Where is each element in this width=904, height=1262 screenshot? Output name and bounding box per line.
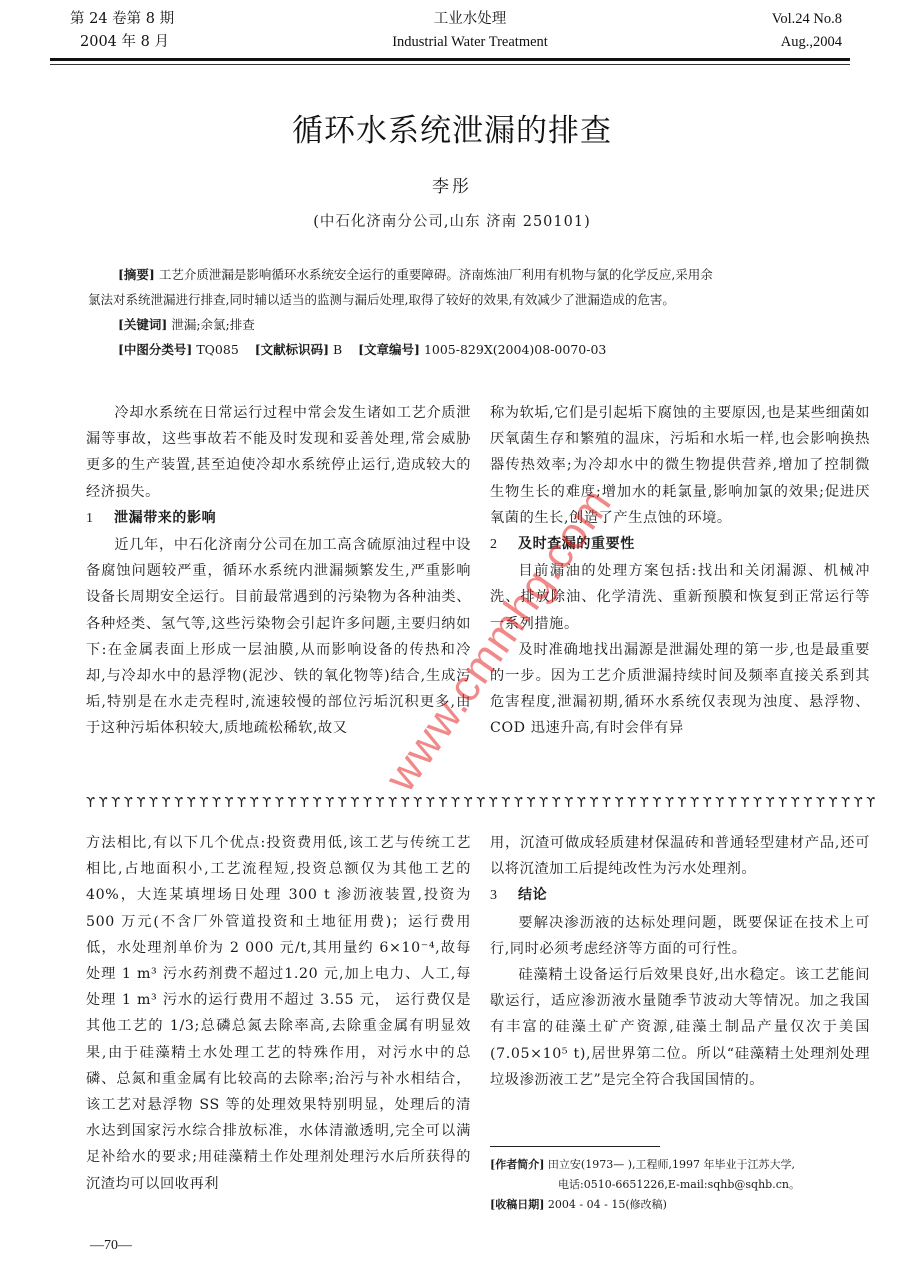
abstract-text-1: 工艺介质泄漏是影响循环水系统安全运行的重要障碍。济南炼油厂利用有机物与氯的化学反… [159,267,713,282]
volume-issue: 第 24 卷第 8 期 [70,8,230,31]
paragraph: 目前漏油的处理方案包括:找出和关闭漏源、机械冲洗、排放除油、化学清洗、重新预膜和… [490,558,870,637]
journal-name-en: Industrial Water Treatment [300,31,640,54]
section-heading-3: 3结论 [490,882,870,909]
paragraph: 用，沉渣可做成轻质建材保温砖和普通轻型建材产品,还可以将沉渣加工后提纯改性为污水… [490,830,870,882]
author-contact: 电话:0510-6651226,E-mail:sqhb@sqhb.cn。 [490,1175,880,1195]
received-date-label: [收稿日期] [490,1198,544,1211]
keywords-line: [关键词] 泄漏;余氯;排查 [118,312,838,337]
journal-name-cn: 工业水处理 [300,8,640,31]
abstract-text-2: 氯法对系统泄漏进行排查,同时辅以适当的监测与漏后处理,取得了较好的效果,有效减少… [88,292,675,307]
doc-code-value: B [333,342,342,357]
section-title: 结论 [518,887,547,903]
article-author: 李彤 [0,172,904,197]
paragraph: 及时准确地找出漏源是泄漏处理的第一步,也是最重要的一步。因为工艺介质泄漏持续时间… [490,637,870,742]
page-number: —70— [90,1238,132,1254]
abstract-line-1: [摘要] 工艺介质泄漏是影响循环水系统安全运行的重要障碍。济南炼油厂利用有机物与… [118,262,838,287]
running-header-left: 第 24 卷第 8 期 2004 年 8 月 [70,8,230,54]
keywords-label: [关键词] [118,317,167,332]
section-title: 泄漏带来的影响 [114,510,216,526]
author-bio: [作者简介] 田立安(1973— ),工程师,1997 年毕业于江苏大学, [490,1155,880,1175]
abstract-block: [摘要] 工艺介质泄漏是影响循环水系统安全运行的重要障碍。济南炼油厂利用有机物与… [118,262,838,362]
running-header-center: 工业水处理 Industrial Water Treatment [300,8,640,54]
classification-line: [中图分类号] TQ085 [文献标识码] B [文章编号] 1005-829X… [118,337,838,362]
paragraph: 方法相比,有以下几个优点:投资费用低,该工艺与传统工艺相比,占地面积小,工艺流程… [86,830,471,1197]
author-affiliation: (中石化济南分公司,山东 济南 250101) [0,210,904,231]
abstract-line-2: 氯法对系统泄漏进行排查,同时辅以适当的监测与漏后处理,取得了较好的效果,有效减少… [88,287,838,312]
article-no-label: [文章编号] [358,342,420,357]
lower-left-column: 方法相比,有以下几个优点:投资费用低,该工艺与传统工艺相比,占地面积小,工艺流程… [86,830,471,1197]
section-number: 3 [490,883,518,909]
clc-label: [中图分类号] [118,342,192,357]
keywords-text: 泄漏;余氯;排查 [171,317,254,332]
received-date: [收稿日期] 2004 - 04 - 15(修改稿) [490,1195,880,1215]
received-date-value: 2004 - 04 - 15(修改稿) [548,1198,667,1211]
issue-date: 2004 年 8 月 [70,31,230,54]
header-rule-thin [50,64,850,65]
footnote-block: [作者简介] 田立安(1973— ),工程师,1997 年毕业于江苏大学, 电话… [490,1155,880,1215]
paragraph: 硅藻精土设备运行后效果良好,出水稳定。该工艺能间歇运行，适应渗沥液水量随季节波动… [490,962,870,1093]
paragraph: 要解决渗沥液的达标处理问题，既要保证在技术上可行,同时必须考虑经济等方面的可行性… [490,910,870,962]
upper-left-column: 冷却水系统在日常运行过程中常会发生诸如工艺介质泄漏等事故，这些事故若不能及时发现… [86,400,471,742]
author-bio-text: 田立安(1973— ),工程师,1997 年毕业于江苏大学, [548,1158,795,1171]
abstract-label: [摘要] [118,267,155,282]
author-bio-label: [作者简介] [490,1158,544,1171]
volume-issue-en: Vol.24 No.8 [682,8,842,31]
running-header-right: Vol.24 No.8 Aug.,2004 [682,8,842,54]
paragraph: 冷却水系统在日常运行过程中常会发生诸如工艺介质泄漏等事故，这些事故若不能及时发现… [86,400,471,505]
doc-code-label: [文献标识码] [255,342,329,357]
header-rule-thick [50,58,850,61]
section-number: 1 [86,506,114,532]
footnote-rule [490,1146,660,1147]
section-number: 2 [490,532,518,558]
section-title: 及时查漏的重要性 [518,536,635,552]
lower-right-column: 用，沉渣可做成轻质建材保温砖和普通轻型建材产品,还可以将沉渣加工后提纯改性为污水… [490,830,870,1093]
upper-right-column: 称为软垢,它们是引起垢下腐蚀的主要原因,也是某些细菌如厌氧菌生存和繁殖的温床，污… [490,400,870,742]
issue-date-en: Aug.,2004 [682,31,842,54]
section-heading-1: 1泄漏带来的影响 [86,505,471,532]
paragraph: 近几年，中石化济南分公司在加工高含硫原油过程中设备腐蚀问题较严重，循环水系统内泄… [86,532,471,742]
section-heading-2: 2及时查漏的重要性 [490,531,870,558]
article-no-value: 1005-829X(2004)08-0070-03 [424,342,606,357]
clc-value: TQ085 [196,342,238,357]
ornamental-divider: ϒϒϒϒϒϒϒϒϒϒϒϒϒϒϒϒϒϒϒϒϒϒϒϒϒϒϒϒϒϒϒϒϒϒϒϒϒϒϒϒ… [86,796,876,812]
paragraph: 称为软垢,它们是引起垢下腐蚀的主要原因,也是某些细菌如厌氧菌生存和繁殖的温床，污… [490,400,870,531]
article-title: 循环水系统泄漏的排查 [0,105,904,150]
